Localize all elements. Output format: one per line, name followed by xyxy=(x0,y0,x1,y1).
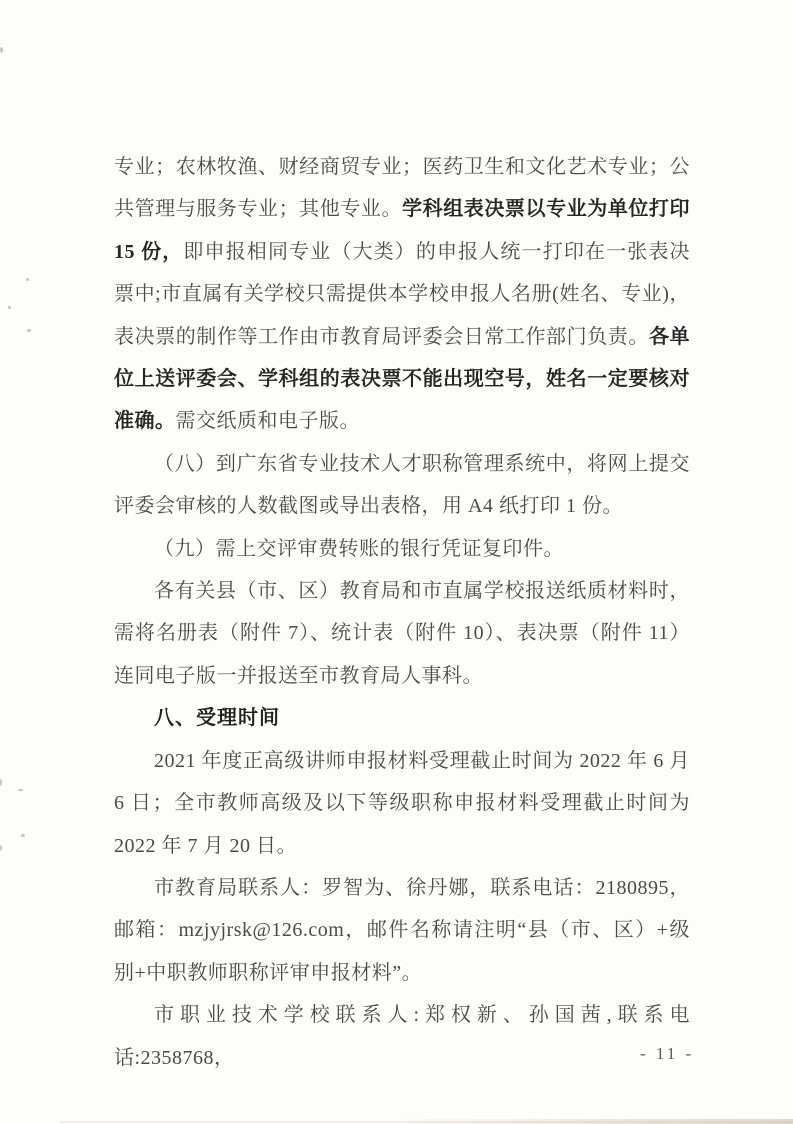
scan-noise-dot xyxy=(27,329,31,332)
bold-text-run: 八、受理时间 xyxy=(154,707,280,729)
paragraph: （九）需上交评审费转账的银行凭证复印件。 xyxy=(114,528,690,570)
paragraph: 各有关县（市、区）教育局和市直属学校报送纸质材料时，需将名册表（附件 7）、统计… xyxy=(114,570,690,697)
scan-noise-dot xyxy=(8,306,11,309)
scan-noise-dot xyxy=(0,779,2,786)
document-body: 专业；农林牧渔、财经商贸专业；医药卫生和文化艺术专业；公共管理与服务专业；其他专… xyxy=(114,146,690,1079)
scan-noise-dot xyxy=(18,789,23,791)
paragraph: （八）到广东省专业技术人才职称管理系统中，将网上提交评委会审核的人数截图或导出表… xyxy=(114,443,690,528)
text-run: 市教育局联系人：罗智为、徐丹娜，联系电话：2180895，邮箱：mzjyjrsk… xyxy=(114,877,690,984)
text-run: 需交纸质和电子版。 xyxy=(176,410,361,432)
paragraph: 2021 年度正高级讲师申报材料受理截止时间为 2022 年 6 月 6 日；全… xyxy=(114,740,690,867)
text-run: （九）需上交评审费转账的银行凭证复印件。 xyxy=(154,538,564,560)
scan-noise-dot xyxy=(0,845,2,851)
scan-edge-artifact xyxy=(373,1119,793,1124)
scan-noise-dot xyxy=(26,278,29,281)
text-run: 2021 年度正高级讲师申报材料受理截止时间为 2022 年 6 月 6 日；全… xyxy=(114,750,690,857)
paragraph: 市教育局联系人：罗智为、徐丹娜，联系电话：2180895，邮箱：mzjyjrsk… xyxy=(114,867,690,994)
text-run: （八）到广东省专业技术人才职称管理系统中，将网上提交评委会审核的人数截图或导出表… xyxy=(114,453,690,517)
page-number: - 11 - xyxy=(640,1044,694,1064)
paragraph: 市职业技术学校联系人:郑权新、孙国茜,联系电话:2358768， xyxy=(114,994,690,1079)
section-heading: 八、受理时间 xyxy=(114,697,690,739)
paragraph: 专业；农林牧渔、财经商贸专业；医药卫生和文化艺术专业；公共管理与服务专业；其他专… xyxy=(114,146,690,443)
scan-noise-dot xyxy=(21,834,25,837)
scan-noise-dot xyxy=(0,47,3,53)
text-run: 即申报相同专业（大类）的申报人统一打印在一张表决票中;市直属有关学校只需提供本学… xyxy=(114,241,690,348)
text-run: 市职业技术学校联系人:郑权新、孙国茜,联系电话:2358768， xyxy=(114,1004,690,1068)
text-run: 各有关县（市、区）教育局和市直属学校报送纸质材料时，需将名册表（附件 7）、统计… xyxy=(114,580,690,687)
document-page: 专业；农林牧渔、财经商贸专业；医药卫生和文化艺术专业；公共管理与服务专业；其他专… xyxy=(0,0,793,1124)
